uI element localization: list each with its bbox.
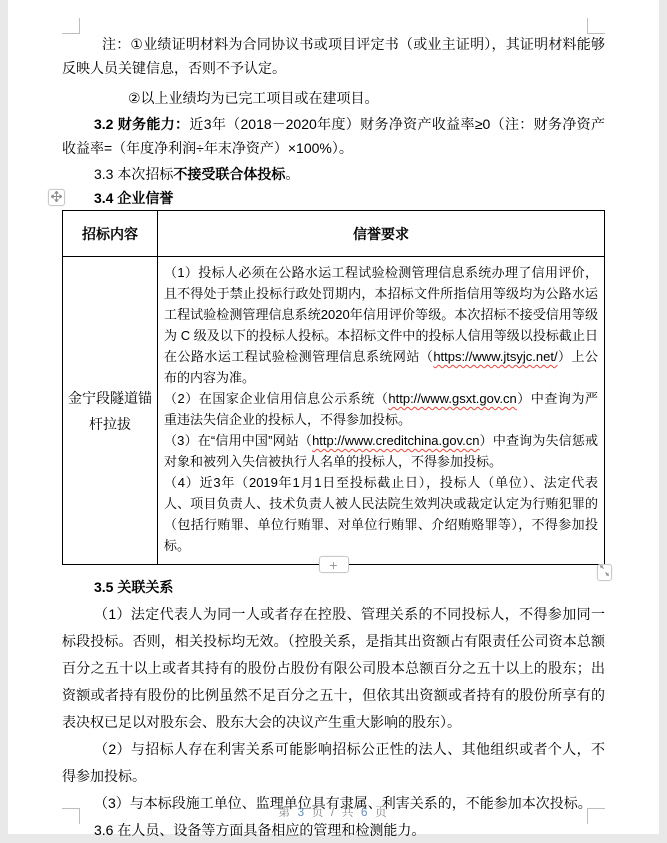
section-3-5-paragraph-1: （1）法定代表人为同一人或者存在控股、管理关系的不同投标人，不得参加同一标段投标… — [62, 601, 605, 736]
creditchina-url-link[interactable]: http://www.creditchina.gov.cn — [312, 433, 479, 448]
app-background-edge-left — [0, 0, 8, 843]
requirement-item-3-text: （3）在“信用中国”网站（ — [164, 433, 312, 448]
credit-requirements-table-wrap: 招标内容 信誉要求 金宁段隧道锚杆拉拔 （1）投标人必须在公路水运工程试验检测管… — [62, 210, 605, 565]
requirement-item-2: （2）在国家企业信用信息公示系统（http://www.gsxt.gov.cn）… — [164, 388, 598, 430]
gsxt-url-link[interactable]: http://www.gsxt.gov.cn — [388, 391, 516, 406]
footer-prefix: 第 — [278, 805, 297, 819]
table-header-row: 招标内容 信誉要求 — [63, 211, 605, 257]
jtsyjc-url-link[interactable]: https://www.jtsyjc.net/ — [433, 349, 557, 364]
section-3-3-post: 。 — [285, 166, 299, 182]
table-row: 金宁段隧道锚杆拉拔 （1）投标人必须在公路水运工程试验检测管理信息系统办理了信用… — [63, 257, 605, 565]
credit-requirement-cell: （1）投标人必须在公路水运工程试验检测管理信息系统办理了信用评价，且不得处于禁止… — [158, 257, 605, 565]
section-3-2-label: 3.2 财务能力： — [94, 116, 189, 132]
section-3-3-pre: 3.3 本次招标 — [94, 166, 173, 182]
requirement-item-4: （4）近3年（2019年1月1日至投标截止日），投标人（单位）、法定代表人、项目… — [164, 472, 598, 556]
credit-requirements-table: 招标内容 信誉要求 金宁段隧道锚杆拉拔 （1）投标人必须在公路水运工程试验检测管… — [62, 210, 605, 565]
footer-middle: 页 / 共 — [306, 805, 361, 819]
table-header-credit-requirement: 信誉要求 — [158, 211, 605, 257]
section-3-5-heading: 3.5 关联关系 — [62, 574, 605, 601]
section-3-4-heading: 3.4 企业信誉 — [62, 186, 605, 210]
section-3-3-paragraph: 3.3 本次招标不接受联合体投标。 — [62, 162, 605, 186]
section-3-2-paragraph: 3.2 财务能力：近3年（2018－2020年度）财务净资产收益率≥0（注：财务… — [62, 112, 605, 160]
table-add-row-button[interactable]: + — [319, 556, 349, 573]
section-3-6-paragraph: 3.6 在人员、设备等方面具备相应的管理和检测能力。 — [62, 817, 605, 843]
section-3-3-bold: 不接受联合体投标 — [173, 166, 285, 182]
current-page-number: 3 — [297, 805, 306, 819]
note-paragraph-2: ②以上业绩均为已完工项目或在建项目。 — [62, 86, 605, 110]
requirement-item-3: （3）在“信用中国”网站（http://www.creditchina.gov.… — [164, 430, 598, 472]
section-3-5-paragraph-2: （2）与招标人存在利害关系可能影响招标公正性的法人、其他组织或者个人，不得参加投… — [62, 736, 605, 790]
table-move-handle[interactable] — [48, 189, 65, 206]
page-footer: 第 3 页 / 共 6 页 — [0, 803, 667, 820]
footer-suffix: 页 — [370, 805, 389, 819]
total-page-number: 6 — [361, 805, 370, 819]
plus-icon: + — [329, 558, 337, 572]
document-body: 注：①业绩证明材料为合同协议书或项目评定书（或业主证明），其证明材料能够反映人员… — [62, 32, 605, 843]
move-icon — [51, 189, 62, 207]
app-background-edge-right — [659, 0, 667, 843]
table-resize-handle[interactable] — [597, 564, 612, 581]
requirement-item-1: （1）投标人必须在公路水运工程试验检测管理信息系统办理了信用评价，且不得处于禁止… — [164, 262, 598, 388]
bid-content-cell: 金宁段隧道锚杆拉拔 — [63, 257, 158, 565]
note-paragraph-2-text: ②以上业绩均为已完工项目或在建项目。 — [128, 90, 379, 106]
resize-icon — [599, 564, 610, 582]
requirement-item-4-text: （4）近3年（2019年1月1日至投标截止日），投标人（单位）、法定代表人、项目… — [164, 475, 598, 553]
note-paragraph-1-text: 注：①业绩证明材料为合同协议书或项目评定书（或业主证明），其证明材料能够反映人员… — [62, 36, 605, 76]
note-paragraph-1: 注：①业绩证明材料为合同协议书或项目评定书（或业主证明），其证明材料能够反映人员… — [62, 32, 605, 80]
requirement-item-2-text: （2）在国家企业信用信息公示系统（ — [164, 391, 388, 406]
table-header-bid-content: 招标内容 — [63, 211, 158, 257]
